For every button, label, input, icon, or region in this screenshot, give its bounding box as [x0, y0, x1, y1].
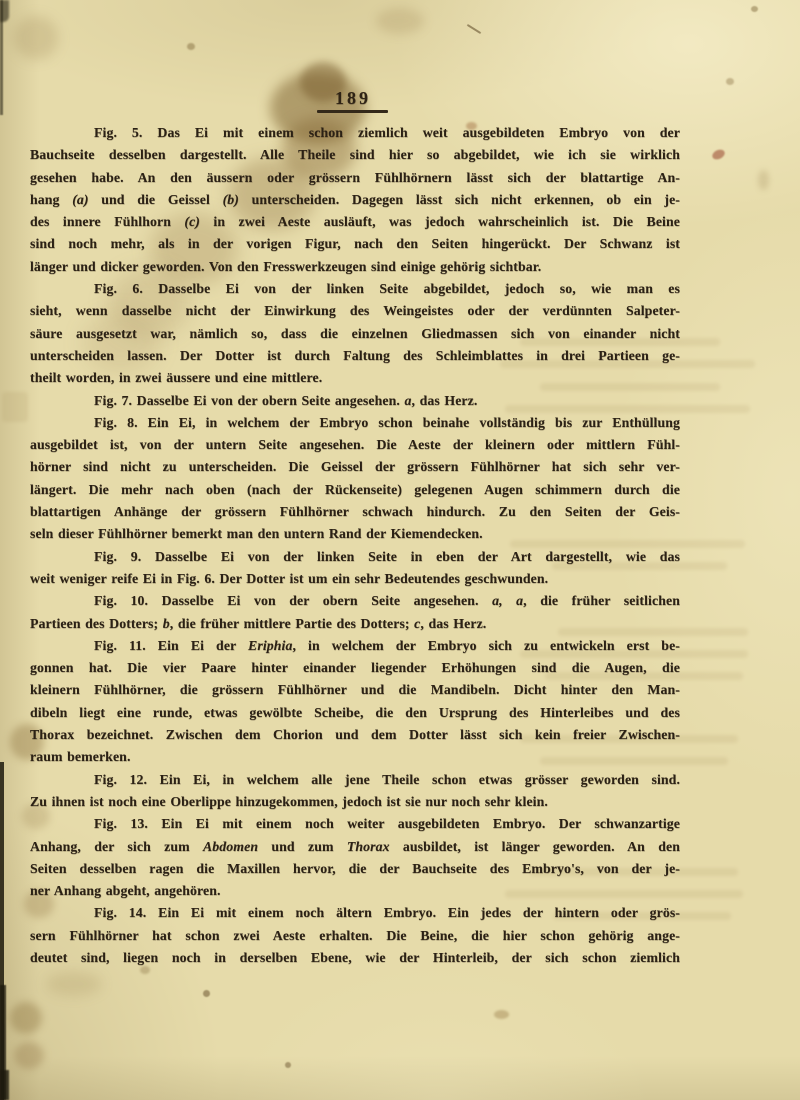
text-line: hörner sind nicht zu unterscheiden. Die … [30, 456, 680, 478]
text-line: sieht, wenn dasselbe nicht der Einwirkun… [30, 300, 680, 322]
text-line: theilt worden, in zwei äussere und eine … [30, 367, 680, 389]
text-line: Partieen des Dotters; b, die früher mitt… [30, 613, 680, 635]
paragraph-fig-6: Fig. 6. Dasselbe Ei von der linken Seite… [30, 278, 680, 389]
paper-fleck [494, 1010, 509, 1019]
paper-stain [46, 972, 102, 996]
paragraph-fig-8: Fig. 8. Ein Ei, in welchem der Embryo sc… [30, 412, 680, 546]
text-line: gesehen habe. An den äussern oder grösse… [30, 167, 680, 189]
text-line: Seiten desselben ragen die Maxillen herv… [30, 858, 680, 880]
paper-speck [726, 78, 734, 85]
text-line: Fig. 14. Ein Ei mit einem noch ältern Em… [30, 902, 680, 924]
text-line: Fig. 7. Dasselbe Ei von der obern Seite … [30, 390, 680, 412]
paper-scratch [467, 24, 482, 34]
paper-stain [14, 16, 58, 60]
text-line: seln dieser Fühlhörner bemerkt man den u… [30, 523, 680, 545]
text-line: Bauchseite desselben dargestellt. Alle T… [30, 144, 680, 166]
text-line: kleinern Fühlhörner, die grössern Fühlhö… [30, 679, 680, 701]
paper-stain [758, 170, 769, 190]
paper-speck [203, 990, 210, 997]
paragraph-fig-11: Fig. 11. Ein Ei der Eriphia, in welchem … [30, 635, 680, 769]
text-line: deutet sind, liegen noch in derselben Eb… [30, 947, 680, 969]
text-line: weit weniger reife Ei in Fig. 6. Der Dot… [30, 568, 680, 590]
page-number: 189 [253, 88, 453, 110]
text-line: Fig. 9. Dasselbe Ei von der linken Seite… [30, 546, 680, 568]
paragraph-fig-10: Fig. 10. Dasselbe Ei von der obern Seite… [30, 590, 680, 635]
text-line: längert. Die mehr nach oben (nach der Rü… [30, 479, 680, 501]
scan-edge-corner [0, 0, 9, 22]
paper-speck [285, 1062, 291, 1068]
text-line: hang (a) und die Geissel (b) unterscheid… [30, 189, 680, 211]
text-line: ner Anhang abgeht, angehören. [30, 880, 680, 902]
paragraph-fig-13: Fig. 13. Ein Ei mit einem noch weiter au… [30, 813, 680, 902]
text-line: ausgebildet ist, von der untern Seite an… [30, 434, 680, 456]
paragraph-fig-7: Fig. 7. Dasselbe Ei von der obern Seite … [30, 390, 680, 412]
paper-stain [10, 1002, 42, 1034]
paper-stain [14, 1042, 44, 1069]
paper-stain [376, 8, 424, 34]
text-line: Fig. 13. Ein Ei mit einem noch weiter au… [30, 813, 680, 835]
text-line: Fig. 11. Ein Ei der Eriphia, in welchem … [30, 635, 680, 657]
paragraph-fig-14: Fig. 14. Ein Ei mit einem noch ältern Em… [30, 902, 680, 969]
paragraph-fig-9: Fig. 9. Dasselbe Ei von der linken Seite… [30, 546, 680, 591]
text-line: Fig. 5. Das Ei mit einem schon ziemlich … [30, 122, 680, 144]
text-line: sern Fühlhörner hat schon zwei Aeste erh… [30, 925, 680, 947]
text-line: blattartigen Anhänge der grössern Fühlhö… [30, 501, 680, 523]
text-line: gonnen hat. Die vier Paare hinter einand… [30, 657, 680, 679]
text-line: Zu ihnen ist noch eine Oberlippe hinzuge… [30, 791, 680, 813]
paragraph-fig-5: Fig. 5. Das Ei mit einem schon ziemlich … [30, 122, 680, 278]
page-number-rule [317, 110, 388, 113]
text-line: unterscheiden lassen. Der Dotter ist dur… [30, 345, 680, 367]
text-line: raum bemerken. [30, 746, 680, 768]
text-line: säure ausgesetzt war, nämlich so, dass d… [30, 323, 680, 345]
text-line: Anhang, der sich zum Abdomen und zum Tho… [30, 836, 680, 858]
text-line: Thorax bezeichnet. Zwischen dem Chorion … [30, 724, 680, 746]
text-line: Fig. 10. Dasselbe Ei von der obern Seite… [30, 590, 680, 612]
paper-speck [187, 43, 195, 50]
text-line: dibeln liegt eine runde, etwas gewölbte … [30, 702, 680, 724]
text-line: des innere Fühlhorn (c) in zwei Aeste au… [30, 211, 680, 233]
text-line: Fig. 8. Ein Ei, in welchem der Embryo sc… [30, 412, 680, 434]
paper-fleck [711, 148, 727, 162]
scan-edge-left-bottom3 [0, 1070, 9, 1100]
text-line: Fig. 12. Ein Ei, in welchem alle jene Th… [30, 769, 680, 791]
text-line: Fig. 6. Dasselbe Ei von der linken Seite… [30, 278, 680, 300]
bleedthrough-text [2, 392, 28, 422]
book-page-scan: 189 Fig. 5. Das Ei mit einem schon zieml… [0, 0, 800, 1100]
text-line: länger und dicker geworden. Von den Fres… [30, 256, 680, 278]
paragraph-fig-12: Fig. 12. Ein Ei, in welchem alle jene Th… [30, 769, 680, 814]
page-text: Fig. 5. Das Ei mit einem schon ziemlich … [30, 122, 680, 969]
paper-speck [751, 6, 758, 12]
text-line: sind noch mehr, als in der vorigen Figur… [30, 233, 680, 255]
